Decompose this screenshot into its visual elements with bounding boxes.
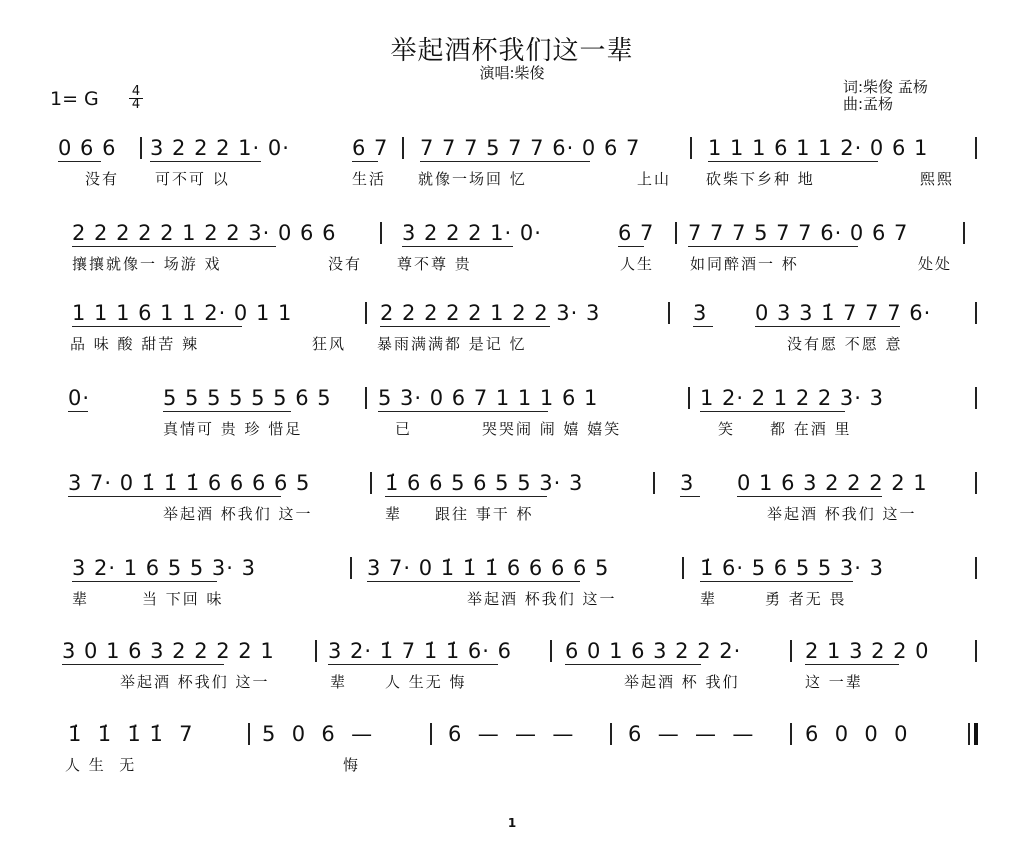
lyric-segment: 哭哭闹 闹 嬉 嬉笑 [482, 418, 621, 439]
score-line: 1̇ 1̇ 1̇ 1̇ 75 0 6 —6 — — —6 — — —6 0 0 … [0, 714, 1024, 794]
lyric-segment: 没有愿 不愿 意 [787, 333, 903, 354]
lyric-segment: 悔 [343, 754, 360, 775]
lyric-segment: 真情可 贵 珍 惜足 [163, 418, 302, 439]
underline-beam [565, 664, 701, 665]
bar-line [350, 557, 352, 579]
bar-line [610, 723, 612, 745]
notation-segment: 6 7 [352, 136, 388, 160]
lyric-segment: 辈 [330, 671, 347, 692]
underline-beam [737, 496, 882, 497]
underline-beam [68, 411, 88, 412]
credits: 词:柴俊 孟杨 曲:孟杨 [843, 79, 928, 113]
bar-line [975, 557, 977, 579]
notation-segment: 1̇ 6 6 5 6 5 5 3· 3 [385, 471, 583, 495]
lyric-segment: 没有 [328, 253, 362, 274]
bar-line [975, 640, 977, 662]
notation-segment: 2 2 2 2 2 1 2 2 3· 3 [380, 301, 600, 325]
notation-segment: 6 — — — [448, 722, 574, 746]
notation-segment: 3 [693, 301, 707, 325]
lyric-segment: 举起酒 杯我们 这一 [163, 503, 313, 524]
lyric-segment: 暴雨满满都 是记 忆 [377, 333, 527, 354]
notation-segment: 0 3 3 1̇ 7 7 7 6· [755, 301, 931, 325]
bar-line [790, 723, 792, 745]
underline-beam [420, 161, 590, 162]
notation-segment: 3 [680, 471, 694, 495]
notation-segment: 6 — — — [628, 722, 754, 746]
bar-line [365, 302, 367, 324]
lyric-segment: 举起酒 杯我们 这一 [767, 503, 917, 524]
lyric-segment: 熙熙 [920, 168, 954, 189]
bar-line [668, 302, 670, 324]
lyric-segment: 上山 [637, 168, 671, 189]
underline-beam [402, 246, 513, 247]
time-signature-bottom: 4 [132, 97, 140, 112]
notation-segment: 2 2 2 2 2 1 2 2 3· 0 6 6 [72, 221, 336, 245]
time-signature: 4 4 [128, 86, 144, 111]
bar-line [653, 472, 655, 494]
notation-segment: 3 7· 0 1̇ 1̇ 1̇ 6 6 6 6 5 [68, 471, 310, 495]
notation-segment: 0 6 6 [58, 136, 116, 160]
bar-line [975, 387, 977, 409]
notation-segment: 1̇ 6· 5 6 5 5 3· 3 [700, 556, 884, 580]
bar-line [430, 723, 432, 745]
bar-line [975, 137, 977, 159]
bar-line [315, 640, 317, 662]
notation-segment: 3 2 2 2 1· 0· [402, 221, 542, 245]
bar-line [682, 557, 684, 579]
key-signature: 1= G [50, 88, 99, 110]
lyric-segment: 勇 者无 畏 [765, 588, 847, 609]
score-line: 0·5 5 5 5 5 5 6 55 3· 0 6 7 1 1 1 6 11 2… [0, 378, 1024, 458]
score-line: 2 2 2 2 2 1 2 2 3· 0 6 63 2 2 2 1· 0·6 7… [0, 213, 1024, 293]
underline-beam [618, 246, 644, 247]
lyric-segment: 人 生无 悔 [385, 671, 467, 692]
page-number: 1 [0, 816, 1024, 830]
bar-line [365, 387, 367, 409]
bar-line [380, 222, 382, 244]
underline-beam [688, 246, 858, 247]
notation-segment: 5 3· 0 6 7 1 1 1 6 1 [378, 386, 598, 410]
bar-line [675, 222, 677, 244]
composer-credit: 曲:孟杨 [843, 96, 928, 113]
underline-beam [805, 664, 899, 665]
notation-segment: 3 0 1 6 3 2 2 2 2 1 [62, 639, 275, 663]
underline-beam [380, 326, 550, 327]
bar-line [975, 472, 977, 494]
notation-segment: 3 2· 1 6 5 5 3· 3 [72, 556, 256, 580]
lyric-segment: 当 下回 味 [142, 588, 224, 609]
bar-line [963, 222, 965, 244]
notation-segment: 1 1 1 6 1 1 2· 0 1 1 [72, 301, 292, 325]
underline-beam [72, 581, 217, 582]
underline-beam [680, 496, 700, 497]
notation-segment: 3 7· 0 1̇ 1̇ 1̇ 6 6 6 6 5 [367, 556, 609, 580]
bar-line [690, 137, 692, 159]
bar-line [248, 723, 250, 745]
underline-beam [163, 411, 291, 412]
bar-line [402, 137, 404, 159]
score-line: 3 0 1 6 3 2 2 2 2 13 2· 1̇ 7 1̇ 1̇ 6· 66… [0, 631, 1024, 711]
underline-beam [352, 161, 378, 162]
underline-beam [328, 664, 498, 665]
lyric-segment: 处处 [918, 253, 952, 274]
underline-beam [62, 664, 224, 665]
lyricist-credit: 词:柴俊 孟杨 [843, 79, 928, 96]
underline-beam [150, 161, 261, 162]
underline-beam [385, 496, 547, 497]
lyric-segment: 人 生 无 [65, 754, 136, 775]
lyric-segment: 都 在酒 里 [770, 418, 852, 439]
lyric-segment: 没有 [85, 168, 119, 189]
notation-segment: 0· [68, 386, 90, 410]
lyric-segment: 举起酒 杯我们 这一 [120, 671, 270, 692]
notation-segment: 2 1 3 2 2 0 [805, 639, 930, 663]
notation-segment: 6 0 0 0 [805, 722, 909, 746]
bar-line [688, 387, 690, 409]
lyric-segment: 辈 [700, 588, 717, 609]
underline-beam [693, 326, 713, 327]
bar-line [140, 137, 142, 159]
notation-segment: 7 7 7 5 7 7 6· 0 6 7 [688, 221, 908, 245]
underline-beam [72, 246, 276, 247]
lyric-segment: 人生 [620, 253, 654, 274]
notation-segment: 6 7 [618, 221, 654, 245]
underline-beam [72, 326, 242, 327]
notation-segment: 5 5 5 5 5 5 6 5 [163, 386, 332, 410]
score-line: 3 2· 1 6 5 5 3· 33 7· 0 1̇ 1̇ 1̇ 6 6 6 6… [0, 548, 1024, 628]
underline-beam [58, 161, 101, 162]
notation-segment: 7 7 7 5 7 7 6· 0 6 7 [420, 136, 640, 160]
underline-beam [755, 326, 900, 327]
lyric-segment: 笑 [718, 418, 735, 439]
bar-line [370, 472, 372, 494]
lyric-segment: 狂风 [312, 333, 346, 354]
underline-beam [68, 496, 281, 497]
lyric-segment: 品 味 酸 甜苦 辣 [70, 333, 199, 354]
notation-segment: 0 1 6 3 2 2 2 2 1 [737, 471, 928, 495]
score-line: 3 7· 0 1̇ 1̇ 1̇ 6 6 6 6 51̇ 6 6 5 6 5 5 … [0, 463, 1024, 543]
underline-beam [378, 411, 548, 412]
score-line: 1 1 1 6 1 1 2· 0 1 12 2 2 2 2 1 2 2 3· 3… [0, 293, 1024, 373]
lyric-segment: 攘攘就像一 场游 戏 [72, 253, 222, 274]
bar-line [975, 302, 977, 324]
score-line: 0 6 63 2 2 2 1· 0·6 77 7 7 5 7 7 6· 0 6 … [0, 128, 1024, 208]
lyric-segment: 辈 [72, 588, 89, 609]
lyric-segment: 尊不尊 贵 [397, 253, 472, 274]
lyric-segment: 生活 [352, 168, 386, 189]
notation-segment: 1 1 1 6 1 1 2· 0 6 1 [708, 136, 928, 160]
notation-segment: 6 0 1 6 3 2 2 2· [565, 639, 741, 663]
lyric-segment: 如同醉酒一 杯 [690, 253, 799, 274]
notation-segment: 5 0 6 — [262, 722, 373, 746]
notation-segment: 3 2 2 2 1· 0· [150, 136, 290, 160]
lyric-segment: 举起酒 杯 我们 [624, 671, 740, 692]
notation-segment: 1 2· 2 1 2 2 3· 3 [700, 386, 884, 410]
notation-segment: 1̇ 1̇ 1̇ 1̇ 7 [68, 722, 194, 746]
bar-line [790, 640, 792, 662]
lyric-segment: 辈 [385, 503, 402, 524]
underline-beam [367, 581, 580, 582]
lyric-segment: 砍柴下乡种 地 [706, 168, 815, 189]
underline-beam [700, 411, 845, 412]
underline-beam [708, 161, 878, 162]
underline-beam [700, 581, 853, 582]
lyric-segment: 跟往 事干 杯 [435, 503, 534, 524]
notation-segment: 3 2· 1̇ 7 1̇ 1̇ 6· 6 [328, 639, 512, 663]
bar-line [550, 640, 552, 662]
final-bar-line [968, 723, 977, 745]
lyric-segment: 举起酒 杯我们 这一 [467, 588, 617, 609]
lyric-segment: 可不可 以 [155, 168, 230, 189]
lyric-segment: 已 [395, 418, 412, 439]
lyric-segment: 就像一场回 忆 [418, 168, 527, 189]
lyric-segment: 这 一辈 [805, 671, 863, 692]
